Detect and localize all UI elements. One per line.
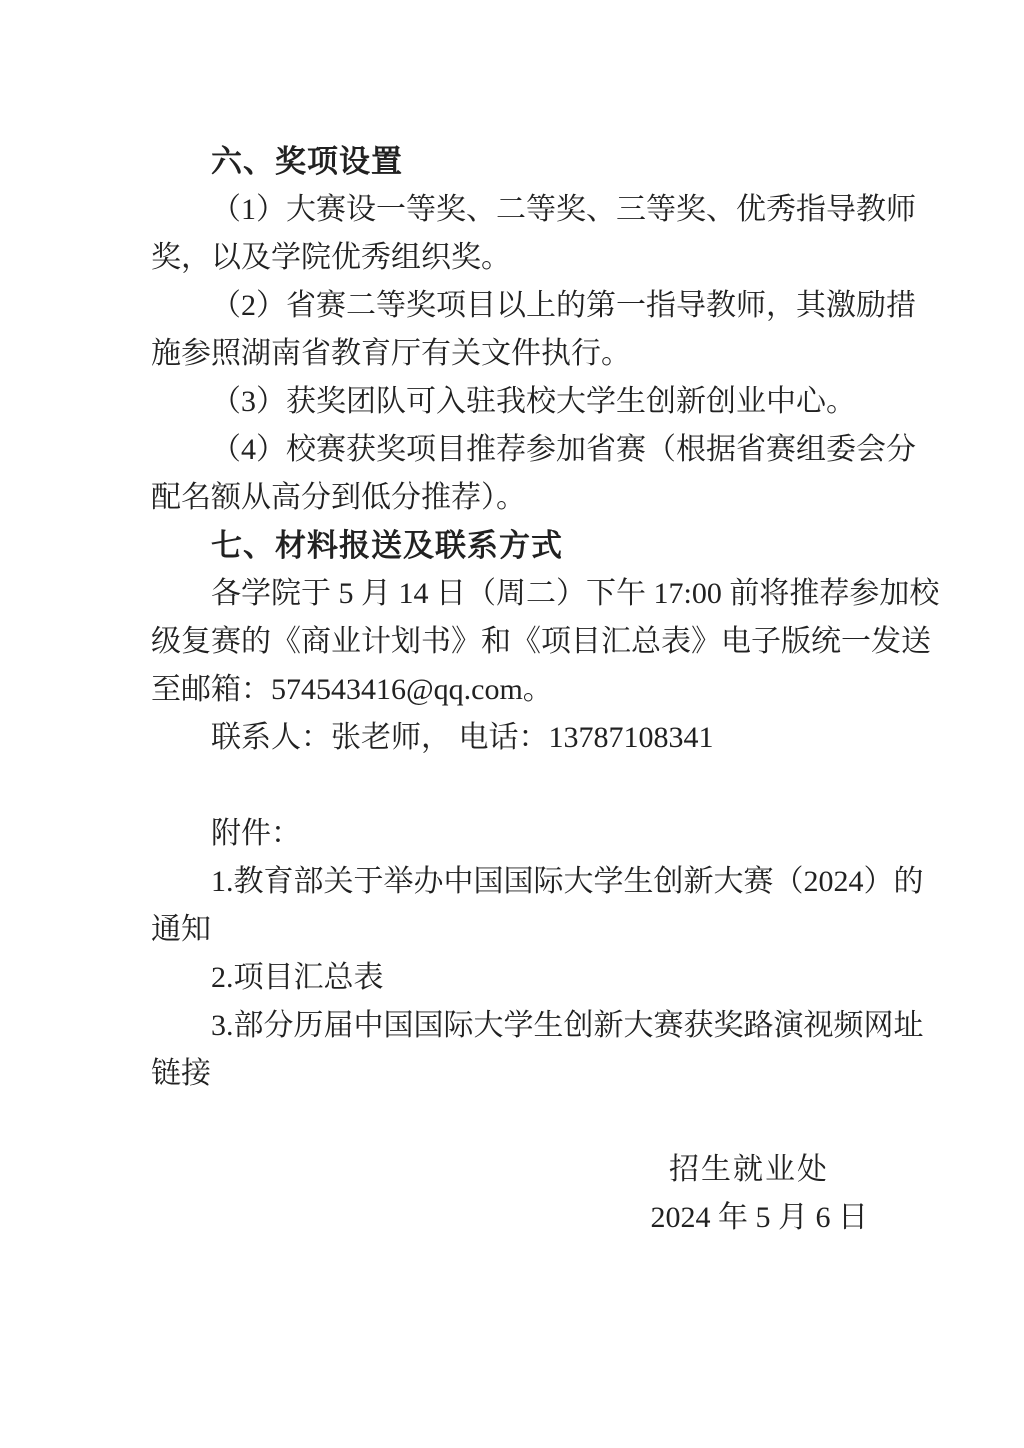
section-heading: 七、材料报送及联系方式 bbox=[151, 522, 873, 570]
text-line: 链接 bbox=[151, 1050, 873, 1098]
text-line: 1.教育部关于举办中国国际大学生创新大赛（2024）的 bbox=[151, 858, 873, 906]
signature-line: 招生就业处 bbox=[151, 1146, 873, 1194]
text-line: 3.部分历届中国国际大学生创新大赛获奖路演视频网址 bbox=[151, 1002, 873, 1050]
document-page: 六、奖项设置（1）大赛设一等奖、二等奖、三等奖、优秀指导教师奖，以及学院优秀组织… bbox=[0, 0, 1024, 1448]
text-line: 附件： bbox=[151, 810, 873, 858]
text-line: （2）省赛二等奖项目以上的第一指导教师，其激励措 bbox=[151, 282, 873, 330]
text-line: （1）大赛设一等奖、二等奖、三等奖、优秀指导教师 bbox=[151, 186, 873, 234]
text-line: 通知 bbox=[151, 906, 873, 954]
text-line: 配名额从高分到低分推荐）。 bbox=[151, 474, 873, 522]
text-line: （4）校赛获奖项目推荐参加省赛（根据省赛组委会分 bbox=[151, 426, 873, 474]
text-line: 联系人：张老师， 电话：13787108341 bbox=[151, 714, 873, 762]
text-line: 级复赛的《商业计划书》和《项目汇总表》电子版统一发送 bbox=[151, 618, 873, 666]
text-line: （3）获奖团队可入驻我校大学生创新创业中心。 bbox=[151, 378, 873, 426]
document-content: 六、奖项设置（1）大赛设一等奖、二等奖、三等奖、优秀指导教师奖，以及学院优秀组织… bbox=[151, 138, 873, 1242]
text-line: 各学院于 5 月 14 日（周二）下午 17:00 前将推荐参加校 bbox=[151, 570, 873, 618]
text-line: 施参照湖南省教育厅有关文件执行。 bbox=[151, 330, 873, 378]
blank-line bbox=[151, 1098, 873, 1146]
date-line: 2024 年 5 月 6 日 bbox=[151, 1194, 873, 1242]
text-line: 奖，以及学院优秀组织奖。 bbox=[151, 234, 873, 282]
section-heading: 六、奖项设置 bbox=[151, 138, 873, 186]
text-line: 至邮箱：574543416@qq.com。 bbox=[151, 666, 873, 714]
blank-line bbox=[151, 762, 873, 810]
text-line: 2.项目汇总表 bbox=[151, 954, 873, 1002]
